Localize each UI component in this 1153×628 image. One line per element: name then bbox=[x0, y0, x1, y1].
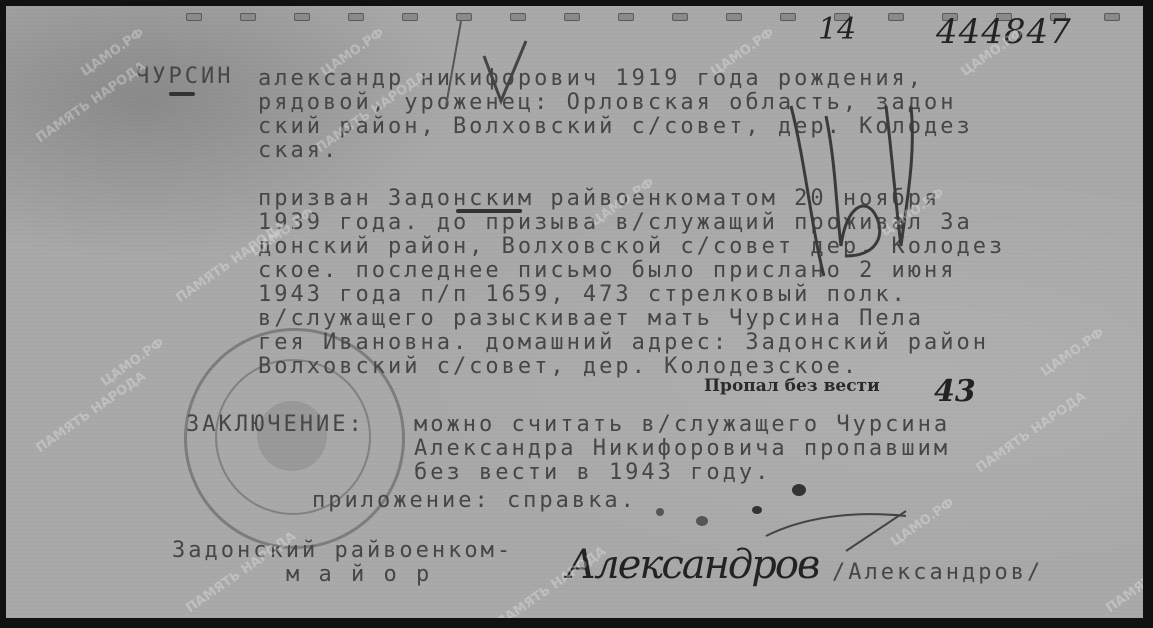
pencil-marks bbox=[6, 6, 1143, 618]
archival-document: 14 444847 ЧУРСИН александр никифорович 1… bbox=[6, 6, 1143, 618]
